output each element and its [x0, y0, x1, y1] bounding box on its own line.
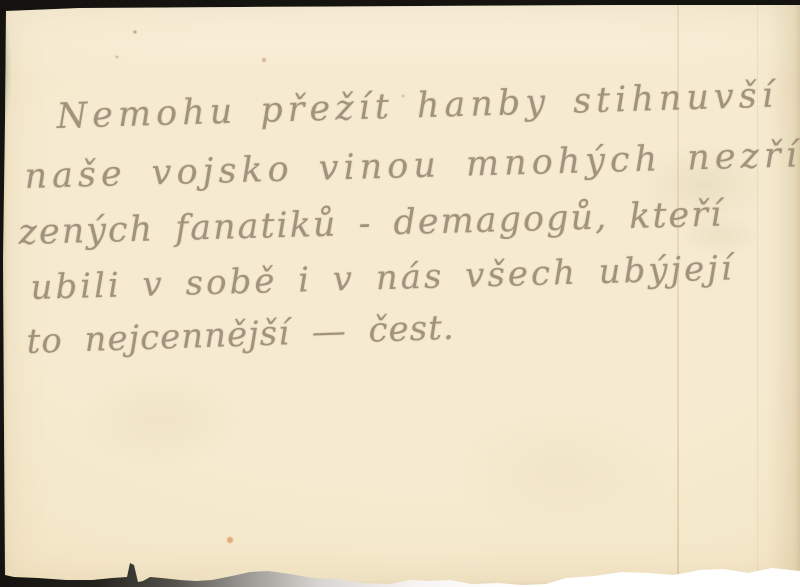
- handwriting-line-4: ubili v sobě i v nás všech ubýjejí: [30, 248, 735, 308]
- handwriting-line-1: Nemohu přežít hanby stihnuvší: [56, 75, 778, 138]
- paper-sheet: Nemohu přežít hanby stihnuvší naše vojsk…: [0, 0, 800, 587]
- photo-of-handwritten-note: Nemohu přežít hanby stihnuvší naše vojsk…: [0, 0, 800, 587]
- handwritten-text-block: Nemohu přežít hanby stihnuvší naše vojsk…: [0, 0, 800, 587]
- handwriting-line-2: naše vojsko vinou mnohých nezří=: [24, 133, 800, 198]
- handwriting-line-3: zených fanatiků - demagogů, kteří: [18, 194, 724, 254]
- handwriting-line-5: to nejcennější — čest.: [26, 308, 455, 363]
